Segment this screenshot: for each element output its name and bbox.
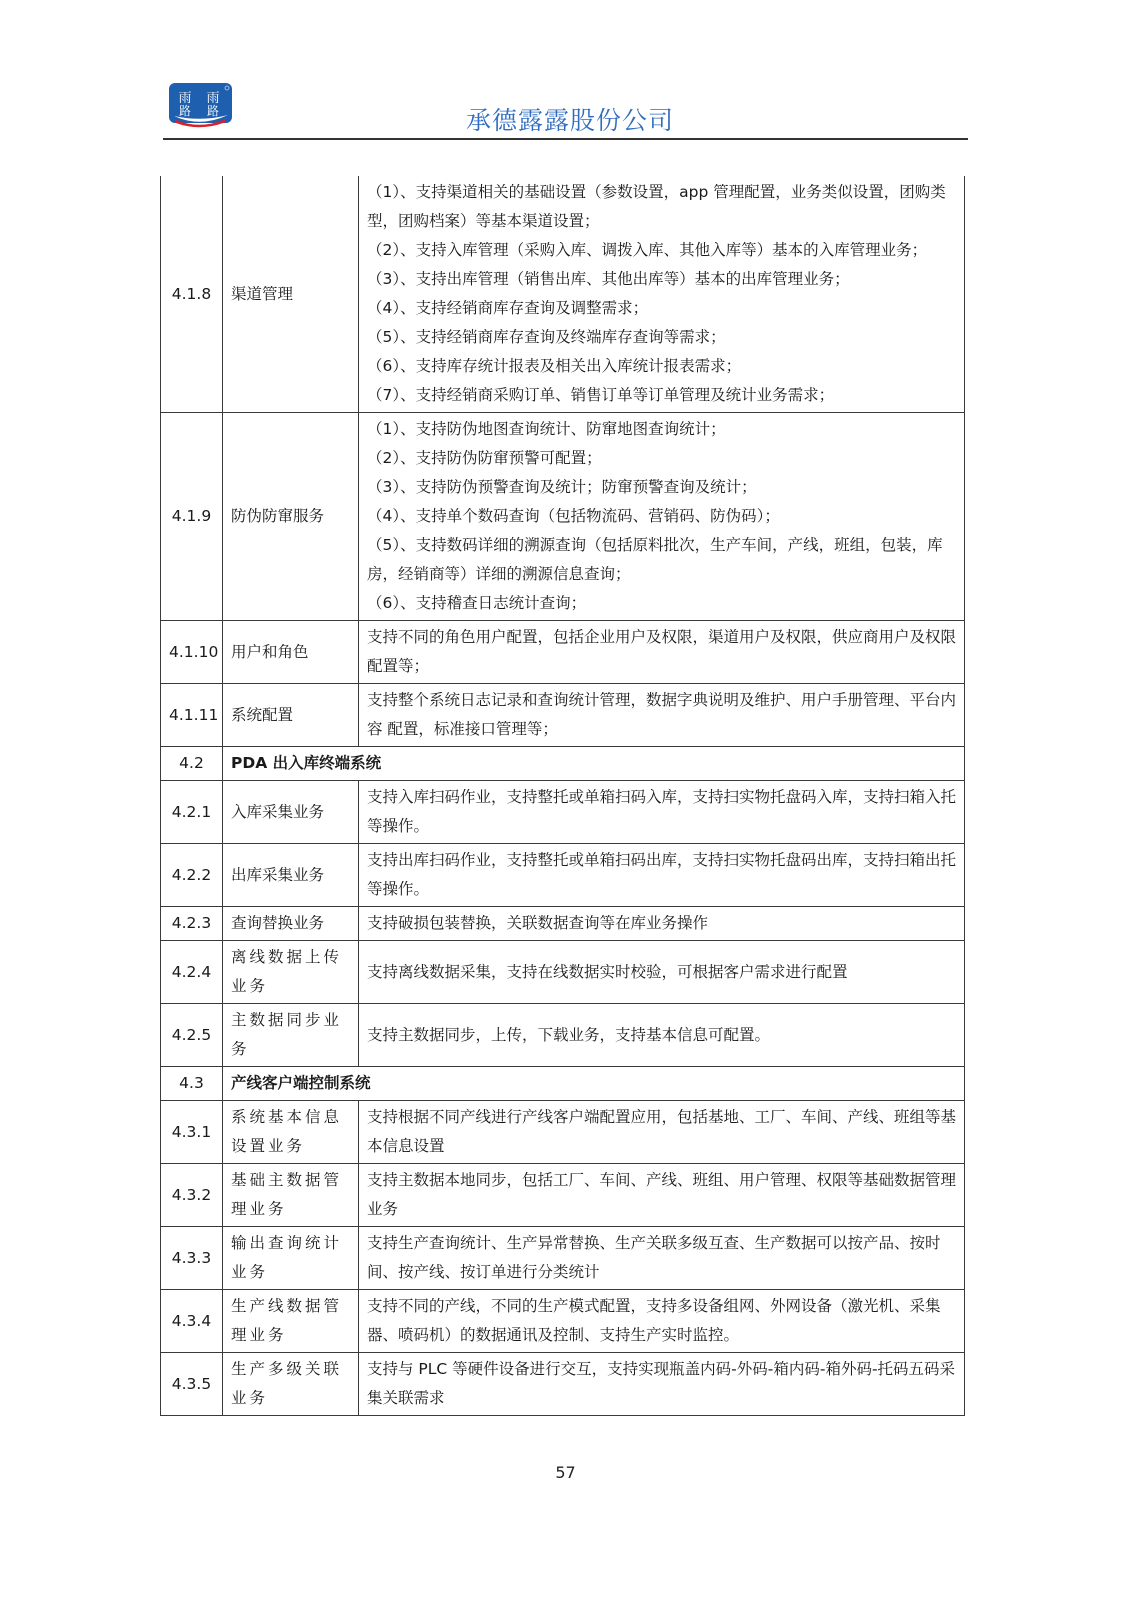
description-line: （2）、支持入库管理（采购入库、调拨入库、其他入库等）基本的入库管理业务； [367, 236, 956, 265]
item-description: 支持主数据本地同步，包括工厂、车间、产线、班组、用户管理、权限等基础数据管理业务 [359, 1164, 965, 1227]
table-row: 4.2.4离线数据上传业务支持离线数据采集，支持在线数据实时校验，可根据客户需求… [161, 941, 965, 1004]
description-line: （3）、支持防伪预警查询及统计；防窜预警查询及统计； [367, 473, 956, 502]
item-number: 4.1.11 [161, 684, 223, 747]
page-number: 57 [0, 1463, 1131, 1482]
description-line: 支持主数据本地同步，包括工厂、车间、产线、班组、用户管理、权限等基础数据管理业务 [367, 1166, 956, 1224]
table-row: 4.3.5生产多级关联业务支持与 PLC 等硬件设备进行交互，支持实现瓶盖内码-… [161, 1353, 965, 1416]
item-description: 支持出库扫码作业，支持整托或单箱扫码出库，支持扫实物托盘码出库，支持扫箱出托等操… [359, 844, 965, 907]
item-number: 4.2.1 [161, 781, 223, 844]
item-description: 支持不同的产线，不同的生产模式配置，支持多设备组网、外网设备（激光机、采集器、喷… [359, 1290, 965, 1353]
item-number: 4.3.2 [161, 1164, 223, 1227]
table-row: 4.2.1入库采集业务支持入库扫码作业，支持整托或单箱扫码入库，支持扫实物托盘码… [161, 781, 965, 844]
item-name: 出库采集业务 [223, 844, 359, 907]
company-title: 承德露露股份公司 [466, 101, 674, 137]
description-line: 支持根据不同产线进行产线客户端配置应用，包括基地、工厂、车间、产线、班组等基本信… [367, 1103, 956, 1161]
item-name: 基础主数据管理业务 [223, 1164, 359, 1227]
section-title: PDA 出入库终端系统 [223, 747, 965, 781]
item-description: 支持主数据同步，上传，下载业务，支持基本信息可配置。 [359, 1004, 965, 1067]
description-line: 支持不同的产线，不同的生产模式配置，支持多设备组网、外网设备（激光机、采集器、喷… [367, 1292, 956, 1350]
item-name: 主数据同步业务 [223, 1004, 359, 1067]
item-number: 4.3.4 [161, 1290, 223, 1353]
description-line: 支持出库扫码作业，支持整托或单箱扫码出库，支持扫实物托盘码出库，支持扫箱出托等操… [367, 846, 956, 904]
table-row: 4.2.3查询替换业务支持破损包装替换，关联数据查询等在库业务操作 [161, 907, 965, 941]
item-name: 系统配置 [223, 684, 359, 747]
description-line: 支持整个系统日志记录和查询统计管理，数据字典说明及维护、用户手册管理、平台内容 … [367, 686, 956, 744]
item-name: 用户和角色 [223, 621, 359, 684]
item-number: 4.2.3 [161, 907, 223, 941]
description-line: （3）、支持出库管理（销售出库、其他出库等）基本的出库管理业务； [367, 265, 956, 294]
description-line: （4）、支持单个数码查询（包括物流码、营销码、防伪码）； [367, 502, 956, 531]
section-row: 4.3产线客户端控制系统 [161, 1067, 965, 1101]
item-description: 支持生产查询统计、生产异常替换、生产关联多级互查、生产数据可以按产品、按时间、按… [359, 1227, 965, 1290]
description-line: 支持离线数据采集，支持在线数据实时校验，可根据客户需求进行配置 [367, 958, 956, 987]
item-name: 防伪防窜服务 [223, 413, 359, 621]
description-line: 支持破损包装替换，关联数据查询等在库业务操作 [367, 909, 956, 938]
table-row: 4.2.5主数据同步业务支持主数据同步，上传，下载业务，支持基本信息可配置。 [161, 1004, 965, 1067]
item-description: 支持与 PLC 等硬件设备进行交互，支持实现瓶盖内码-外码-箱内码-箱外码-托码… [359, 1353, 965, 1416]
item-description: 支持入库扫码作业，支持整托或单箱扫码入库，支持扫实物托盘码入库，支持扫箱入托等操… [359, 781, 965, 844]
section-title: 产线客户端控制系统 [223, 1067, 965, 1101]
item-name: 离线数据上传业务 [223, 941, 359, 1004]
item-number: 4.3.1 [161, 1101, 223, 1164]
item-name: 系统基本信息设置业务 [223, 1101, 359, 1164]
item-number: 4.3 [161, 1067, 223, 1101]
description-line: （6）、支持库存统计报表及相关出入库统计报表需求； [367, 352, 956, 381]
description-line: 支持生产查询统计、生产异常替换、生产关联多级互查、生产数据可以按产品、按时间、按… [367, 1229, 956, 1287]
item-description: 支持破损包装替换，关联数据查询等在库业务操作 [359, 907, 965, 941]
item-name: 渠道管理 [223, 176, 359, 413]
table-row: 4.3.3输出查询统计业务支持生产查询统计、生产异常替换、生产关联多级互查、生产… [161, 1227, 965, 1290]
item-number: 4.1.8 [161, 176, 223, 413]
table-row: 4.3.2基础主数据管理业务支持主数据本地同步，包括工厂、车间、产线、班组、用户… [161, 1164, 965, 1227]
section-row: 4.2PDA 出入库终端系统 [161, 747, 965, 781]
item-number: 4.2 [161, 747, 223, 781]
description-line: （1）、支持防伪地图查询统计、防窜地图查询统计； [367, 415, 956, 444]
item-number: 4.3.5 [161, 1353, 223, 1416]
item-number: 4.2.4 [161, 941, 223, 1004]
description-line: 支持与 PLC 等硬件设备进行交互，支持实现瓶盖内码-外码-箱内码-箱外码-托码… [367, 1355, 956, 1413]
item-description: 支持离线数据采集，支持在线数据实时校验，可根据客户需求进行配置 [359, 941, 965, 1004]
page-header-title: 承德露露股份公司 [0, 101, 1131, 137]
item-description: （1）、支持防伪地图查询统计、防窜地图查询统计；（2）、支持防伪防窜预警可配置；… [359, 413, 965, 621]
item-number: 4.2.2 [161, 844, 223, 907]
item-description: 支持根据不同产线进行产线客户端配置应用，包括基地、工厂、车间、产线、班组等基本信… [359, 1101, 965, 1164]
table-row: 4.1.10用户和角色支持不同的角色用户配置，包括企业用户及权限，渠道用户及权限… [161, 621, 965, 684]
item-description: 支持整个系统日志记录和查询统计管理，数据字典说明及维护、用户手册管理、平台内容 … [359, 684, 965, 747]
table-row: 4.1.8渠道管理（1）、支持渠道相关的基础设置（参数设置，app 管理配置，业… [161, 176, 965, 413]
table-row: 4.3.4生产线数据管理业务支持不同的产线，不同的生产模式配置，支持多设备组网、… [161, 1290, 965, 1353]
item-name: 查询替换业务 [223, 907, 359, 941]
item-name: 入库采集业务 [223, 781, 359, 844]
description-line: 支持主数据同步，上传，下载业务，支持基本信息可配置。 [367, 1021, 956, 1050]
description-line: 支持入库扫码作业，支持整托或单箱扫码入库，支持扫实物托盘码入库，支持扫箱入托等操… [367, 783, 956, 841]
description-line: （1）、支持渠道相关的基础设置（参数设置，app 管理配置，业务类似设置，团购类… [367, 178, 956, 236]
requirements-table: 4.1.8渠道管理（1）、支持渠道相关的基础设置（参数设置，app 管理配置，业… [160, 176, 965, 1416]
item-number: 4.3.3 [161, 1227, 223, 1290]
item-name: 生产线数据管理业务 [223, 1290, 359, 1353]
description-line: （4）、支持经销商库存查询及调整需求； [367, 294, 956, 323]
item-description: 支持不同的角色用户配置，包括企业用户及权限，渠道用户及权限，供应商用户及权限配置… [359, 621, 965, 684]
item-number: 4.1.10 [161, 621, 223, 684]
description-line: （7）、支持经销商采购订单、销售订单等订单管理及统计业务需求； [367, 381, 956, 410]
description-line: （5）、支持经销商库存查询及终端库存查询等需求； [367, 323, 956, 352]
table-row: 4.2.2出库采集业务支持出库扫码作业，支持整托或单箱扫码出库，支持扫实物托盘码… [161, 844, 965, 907]
header-divider [163, 138, 968, 140]
item-number: 4.2.5 [161, 1004, 223, 1067]
description-line: 支持不同的角色用户配置，包括企业用户及权限，渠道用户及权限，供应商用户及权限配置… [367, 623, 956, 681]
description-line: （2）、支持防伪防窜预警可配置； [367, 444, 956, 473]
table-row: 4.3.1系统基本信息设置业务支持根据不同产线进行产线客户端配置应用，包括基地、… [161, 1101, 965, 1164]
table-row: 4.1.11系统配置支持整个系统日志记录和查询统计管理，数据字典说明及维护、用户… [161, 684, 965, 747]
item-description: （1）、支持渠道相关的基础设置（参数设置，app 管理配置，业务类似设置，团购类… [359, 176, 965, 413]
item-number: 4.1.9 [161, 413, 223, 621]
table-row: 4.1.9防伪防窜服务（1）、支持防伪地图查询统计、防窜地图查询统计；（2）、支… [161, 413, 965, 621]
item-name: 输出查询统计业务 [223, 1227, 359, 1290]
description-line: （5）、支持数码详细的溯源查询（包括原料批次，生产车间，产线，班组，包装，库房，… [367, 531, 956, 589]
description-line: （6）、支持稽查日志统计查询； [367, 589, 956, 618]
item-name: 生产多级关联业务 [223, 1353, 359, 1416]
